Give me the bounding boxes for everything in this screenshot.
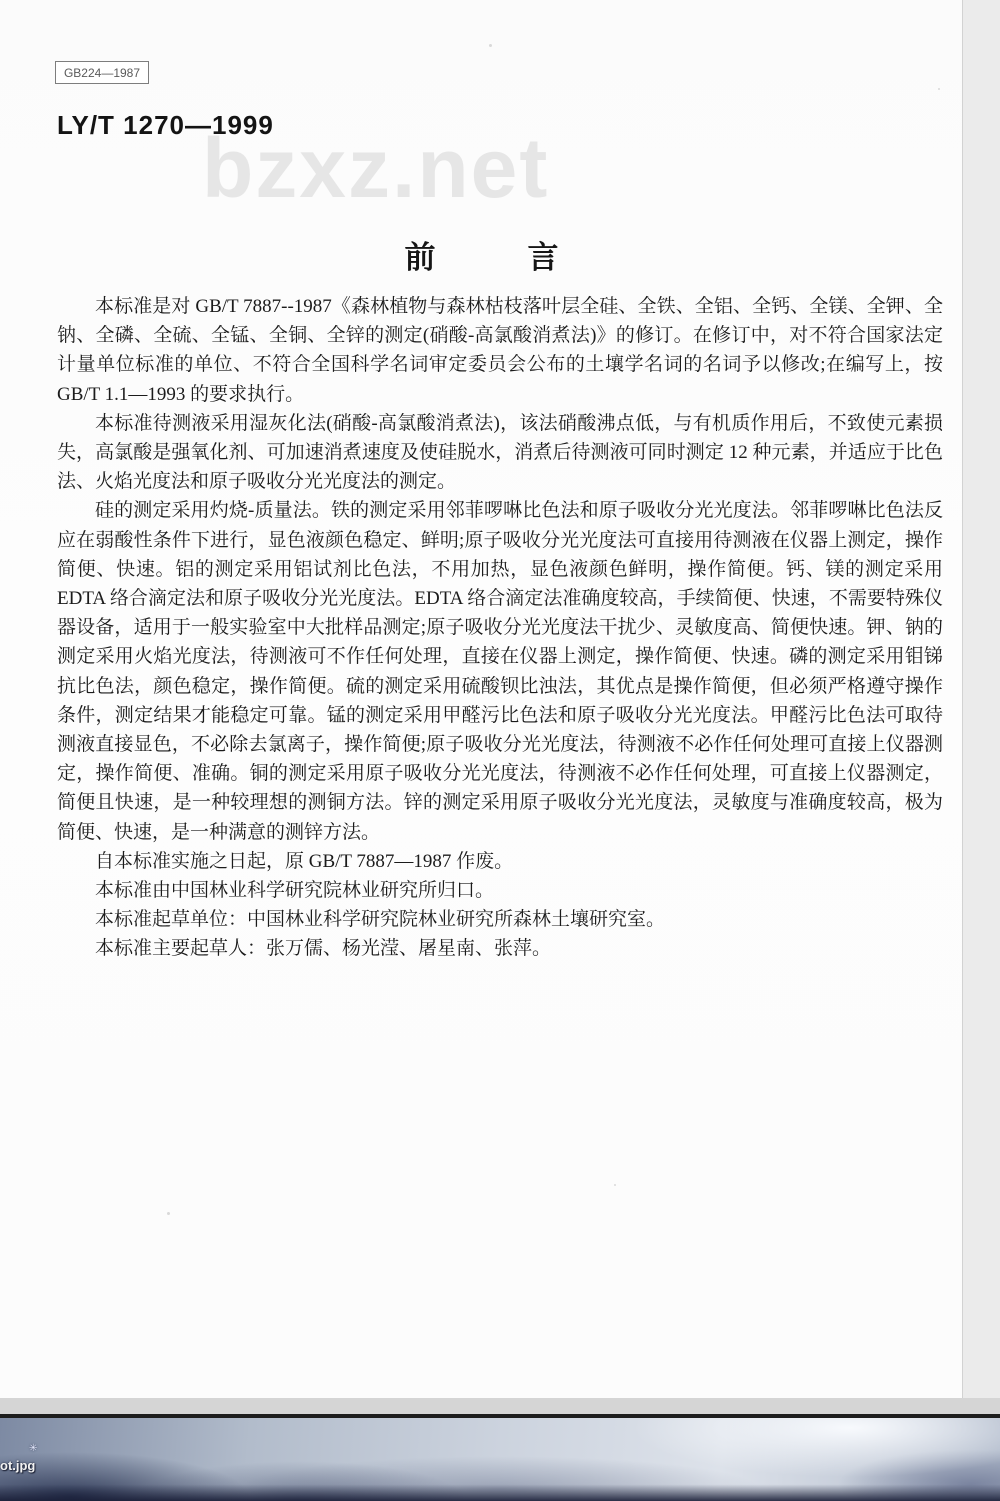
paragraph: 自本标准实施之日起，原 GB/T 7887—1987 作废。 [57,847,943,876]
paragraph: 本标准是对 GB/T 7887--1987《森林植物与森林枯枝落叶层全硅、全铁、… [57,292,943,409]
standard-stamp: GB224—1987 [55,61,149,84]
page-title: 前 言 [0,232,963,277]
document-body: 本标准是对 GB/T 7887--1987《森林植物与森林枯枝落叶层全硅、全铁、… [57,292,943,964]
standard-stamp-label: GB224—1987 [64,66,140,80]
paragraph: 本标准起草单位：中国林业科学研究院林业研究所森林土壤研究室。 [57,905,943,934]
scan-speck [614,1184,616,1186]
page-title-char-2: 言 [528,232,559,277]
paragraph: 本标准由中国林业科学研究院林业研究所归口。 [57,876,943,905]
page-title-char-1: 前 [405,232,436,277]
scan-edge-shadow [962,0,1000,1398]
page-gap-band [0,1398,1000,1414]
sparkle-icon: ✳ [29,1443,37,1454]
paragraph: 本标准主要起草人：张万儒、杨光滢、屠星南、张萍。 [57,934,943,963]
paragraph: 本标准待测液采用湿灰化法(硝酸-高氯酸消煮法)，该法硝酸沸点低，与有机质作用后，… [57,409,943,497]
mountain-photo [0,1418,1000,1501]
scan-speck [938,88,940,90]
doc-number: LY/T 1270—1999 [57,110,274,141]
paragraph: 硅的测定采用灼烧-质量法。铁的测定采用邻菲啰啉比色法和原子吸收分光光度法。邻菲啰… [57,496,943,846]
scan-speck [489,44,492,47]
document-page: bzxz.net GB224—1987 LY/T 1270—1999 前 言 本… [0,0,1000,1501]
filename-label: ot.jpg [0,1458,35,1473]
scan-speck [167,1212,170,1215]
